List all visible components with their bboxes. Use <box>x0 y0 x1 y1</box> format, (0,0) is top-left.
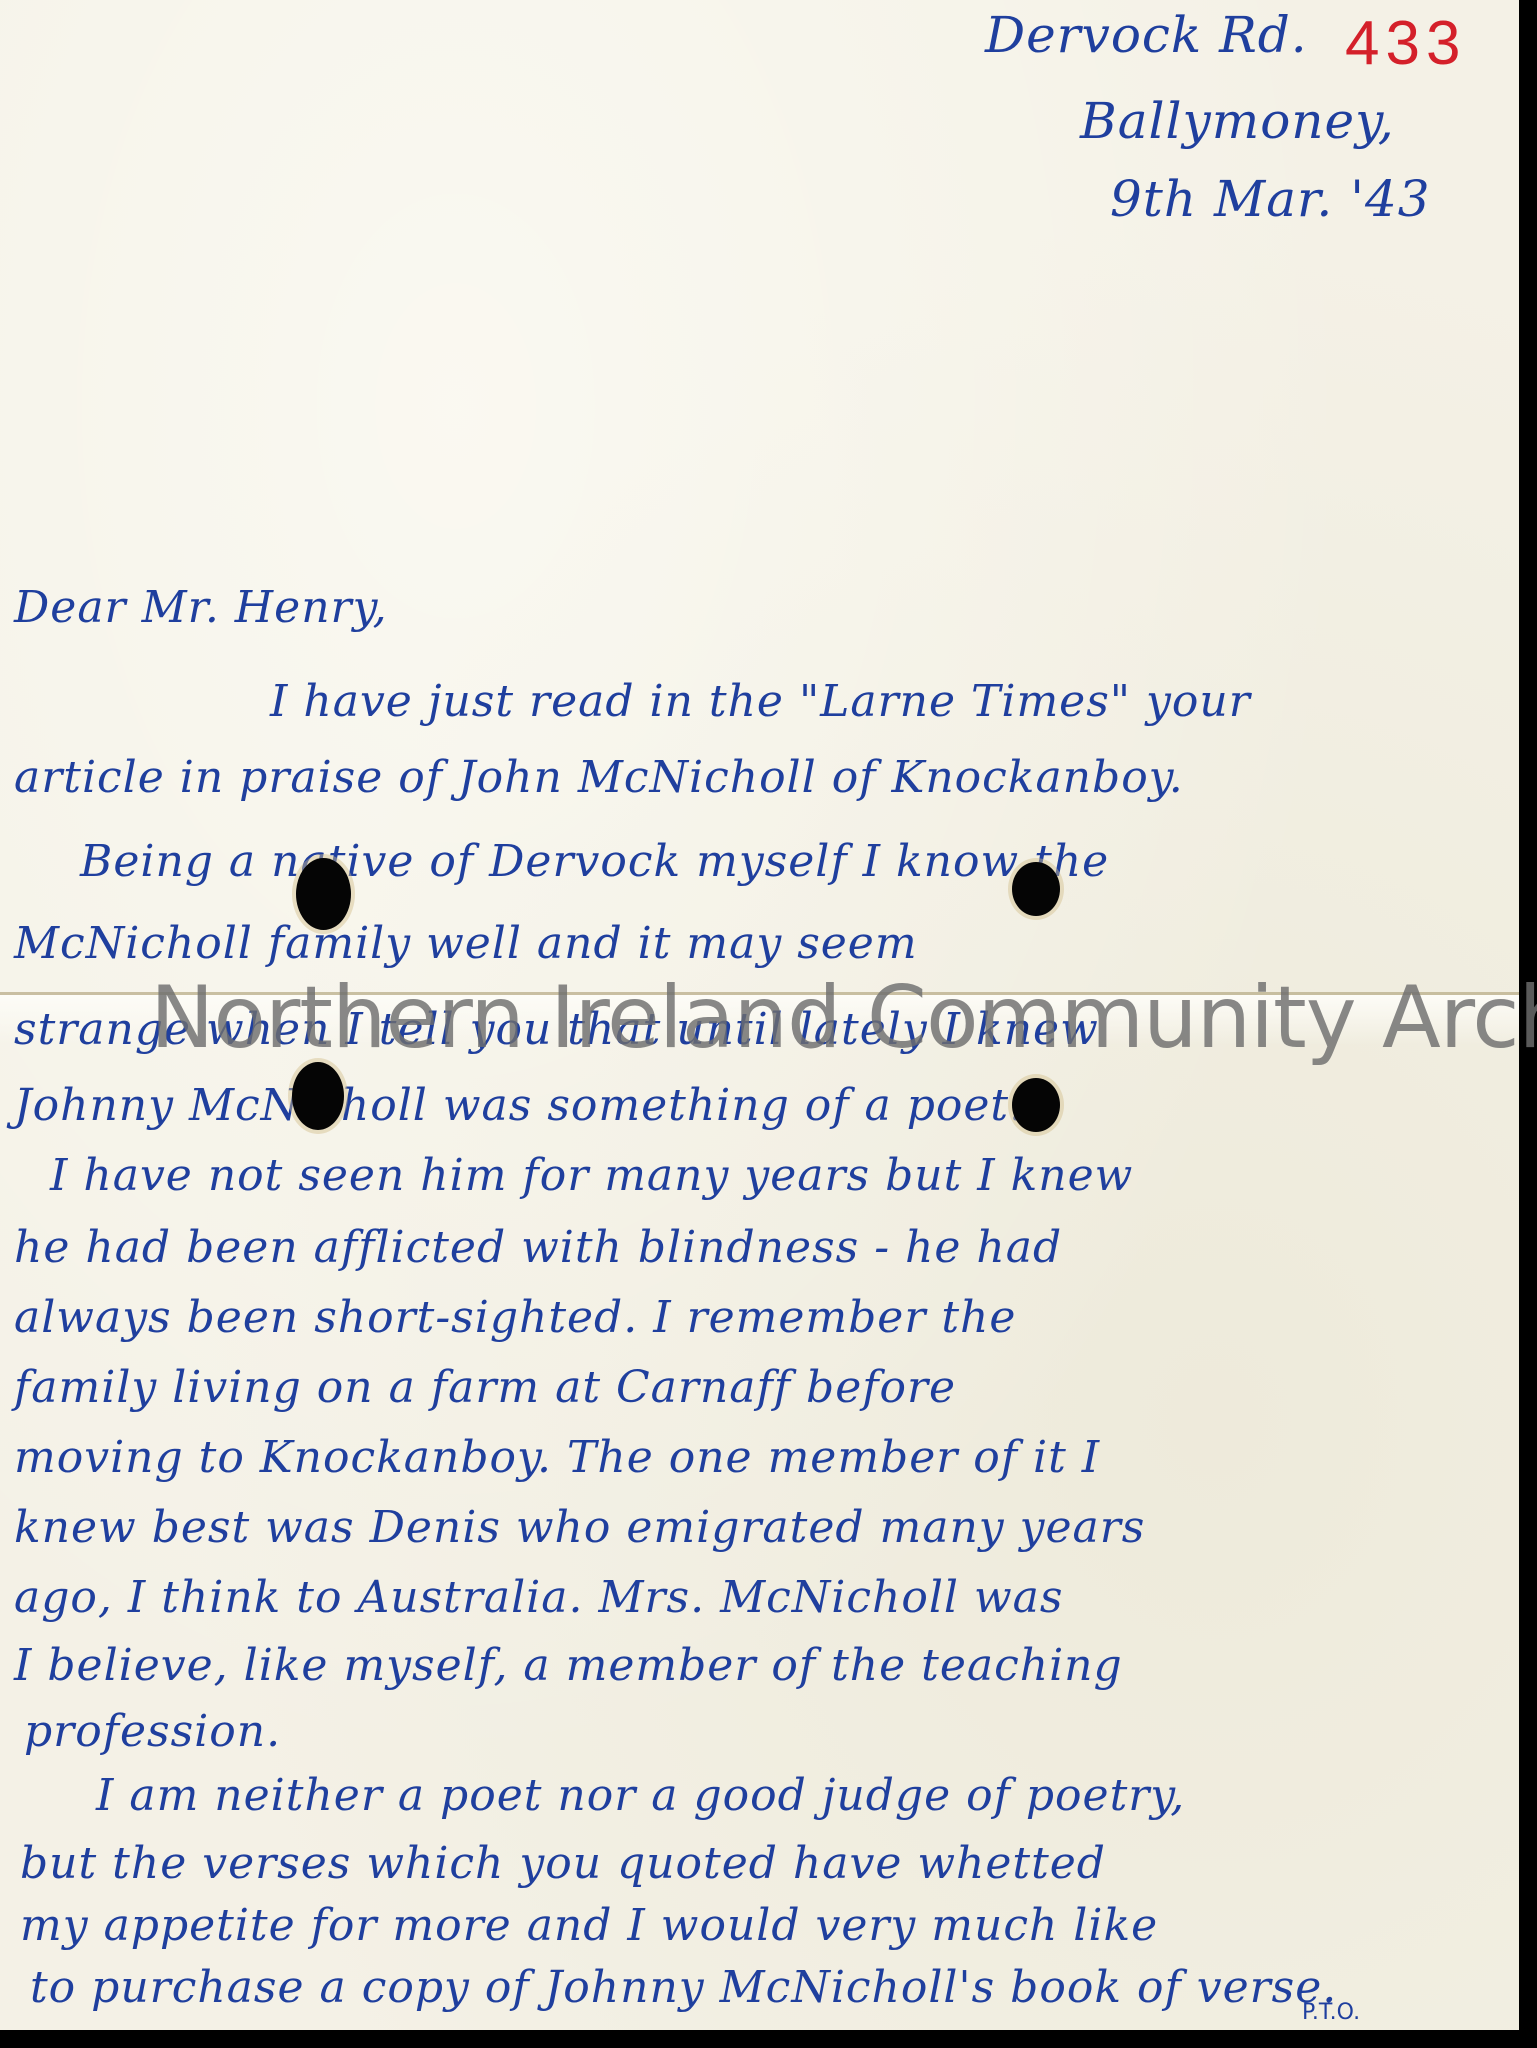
body-line: but the verses which you quoted have whe… <box>20 1838 1106 1889</box>
body-line: always been short-sighted. I remember th… <box>14 1292 1016 1343</box>
body-line: Johnny McNicholl was something of a poet… <box>14 1080 1024 1131</box>
body-line: ago, I think to Australia. Mrs. McNichol… <box>14 1572 1063 1623</box>
letter-date: 9th Mar. '43 <box>1110 170 1431 228</box>
address-line-2: Ballymoney, <box>1080 92 1395 150</box>
body-line: I have just read in the "Larne Times" yo… <box>270 676 1251 727</box>
letter-page: Dervock Rd. 433 Ballymoney, 9th Mar. '43… <box>0 0 1519 2030</box>
body-line: to purchase a copy of Johnny McNicholl's… <box>30 1962 1337 2013</box>
address-line-1: Dervock Rd. <box>985 6 1308 64</box>
body-line: moving to Knockanboy. The one member of … <box>14 1432 1100 1483</box>
body-line: I am neither a poet nor a good judge of … <box>96 1770 1185 1821</box>
body-line: McNicholl family well and it may seem <box>14 918 918 969</box>
punch-hole <box>1012 1078 1060 1132</box>
punch-hole <box>296 858 351 930</box>
body-line: I have not seen him for many years but I… <box>50 1150 1133 1201</box>
archive-watermark: Northern Ireland Community Archive <box>150 968 1537 1068</box>
body-line: profession. <box>24 1706 281 1757</box>
body-line: my appetite for more and I would very mu… <box>20 1900 1158 1951</box>
body-line: family living on a farm at Carnaff befor… <box>14 1362 956 1413</box>
body-line: knew best was Denis who emigrated many y… <box>14 1502 1145 1553</box>
please-turn-over-note: P.T.O. <box>1302 2000 1360 2025</box>
body-line: he had been afflicted with blindness - h… <box>14 1222 1062 1273</box>
body-line: Being a native of Dervock myself I know … <box>80 836 1109 887</box>
punch-hole <box>292 1062 344 1130</box>
punch-hole <box>1012 862 1060 916</box>
body-line: article in praise of John McNicholl of K… <box>14 752 1184 803</box>
archive-reference-number: 433 <box>1345 8 1466 79</box>
salutation: Dear Mr. Henry, <box>14 582 388 633</box>
body-line: I believe, like myself, a member of the … <box>14 1640 1123 1691</box>
